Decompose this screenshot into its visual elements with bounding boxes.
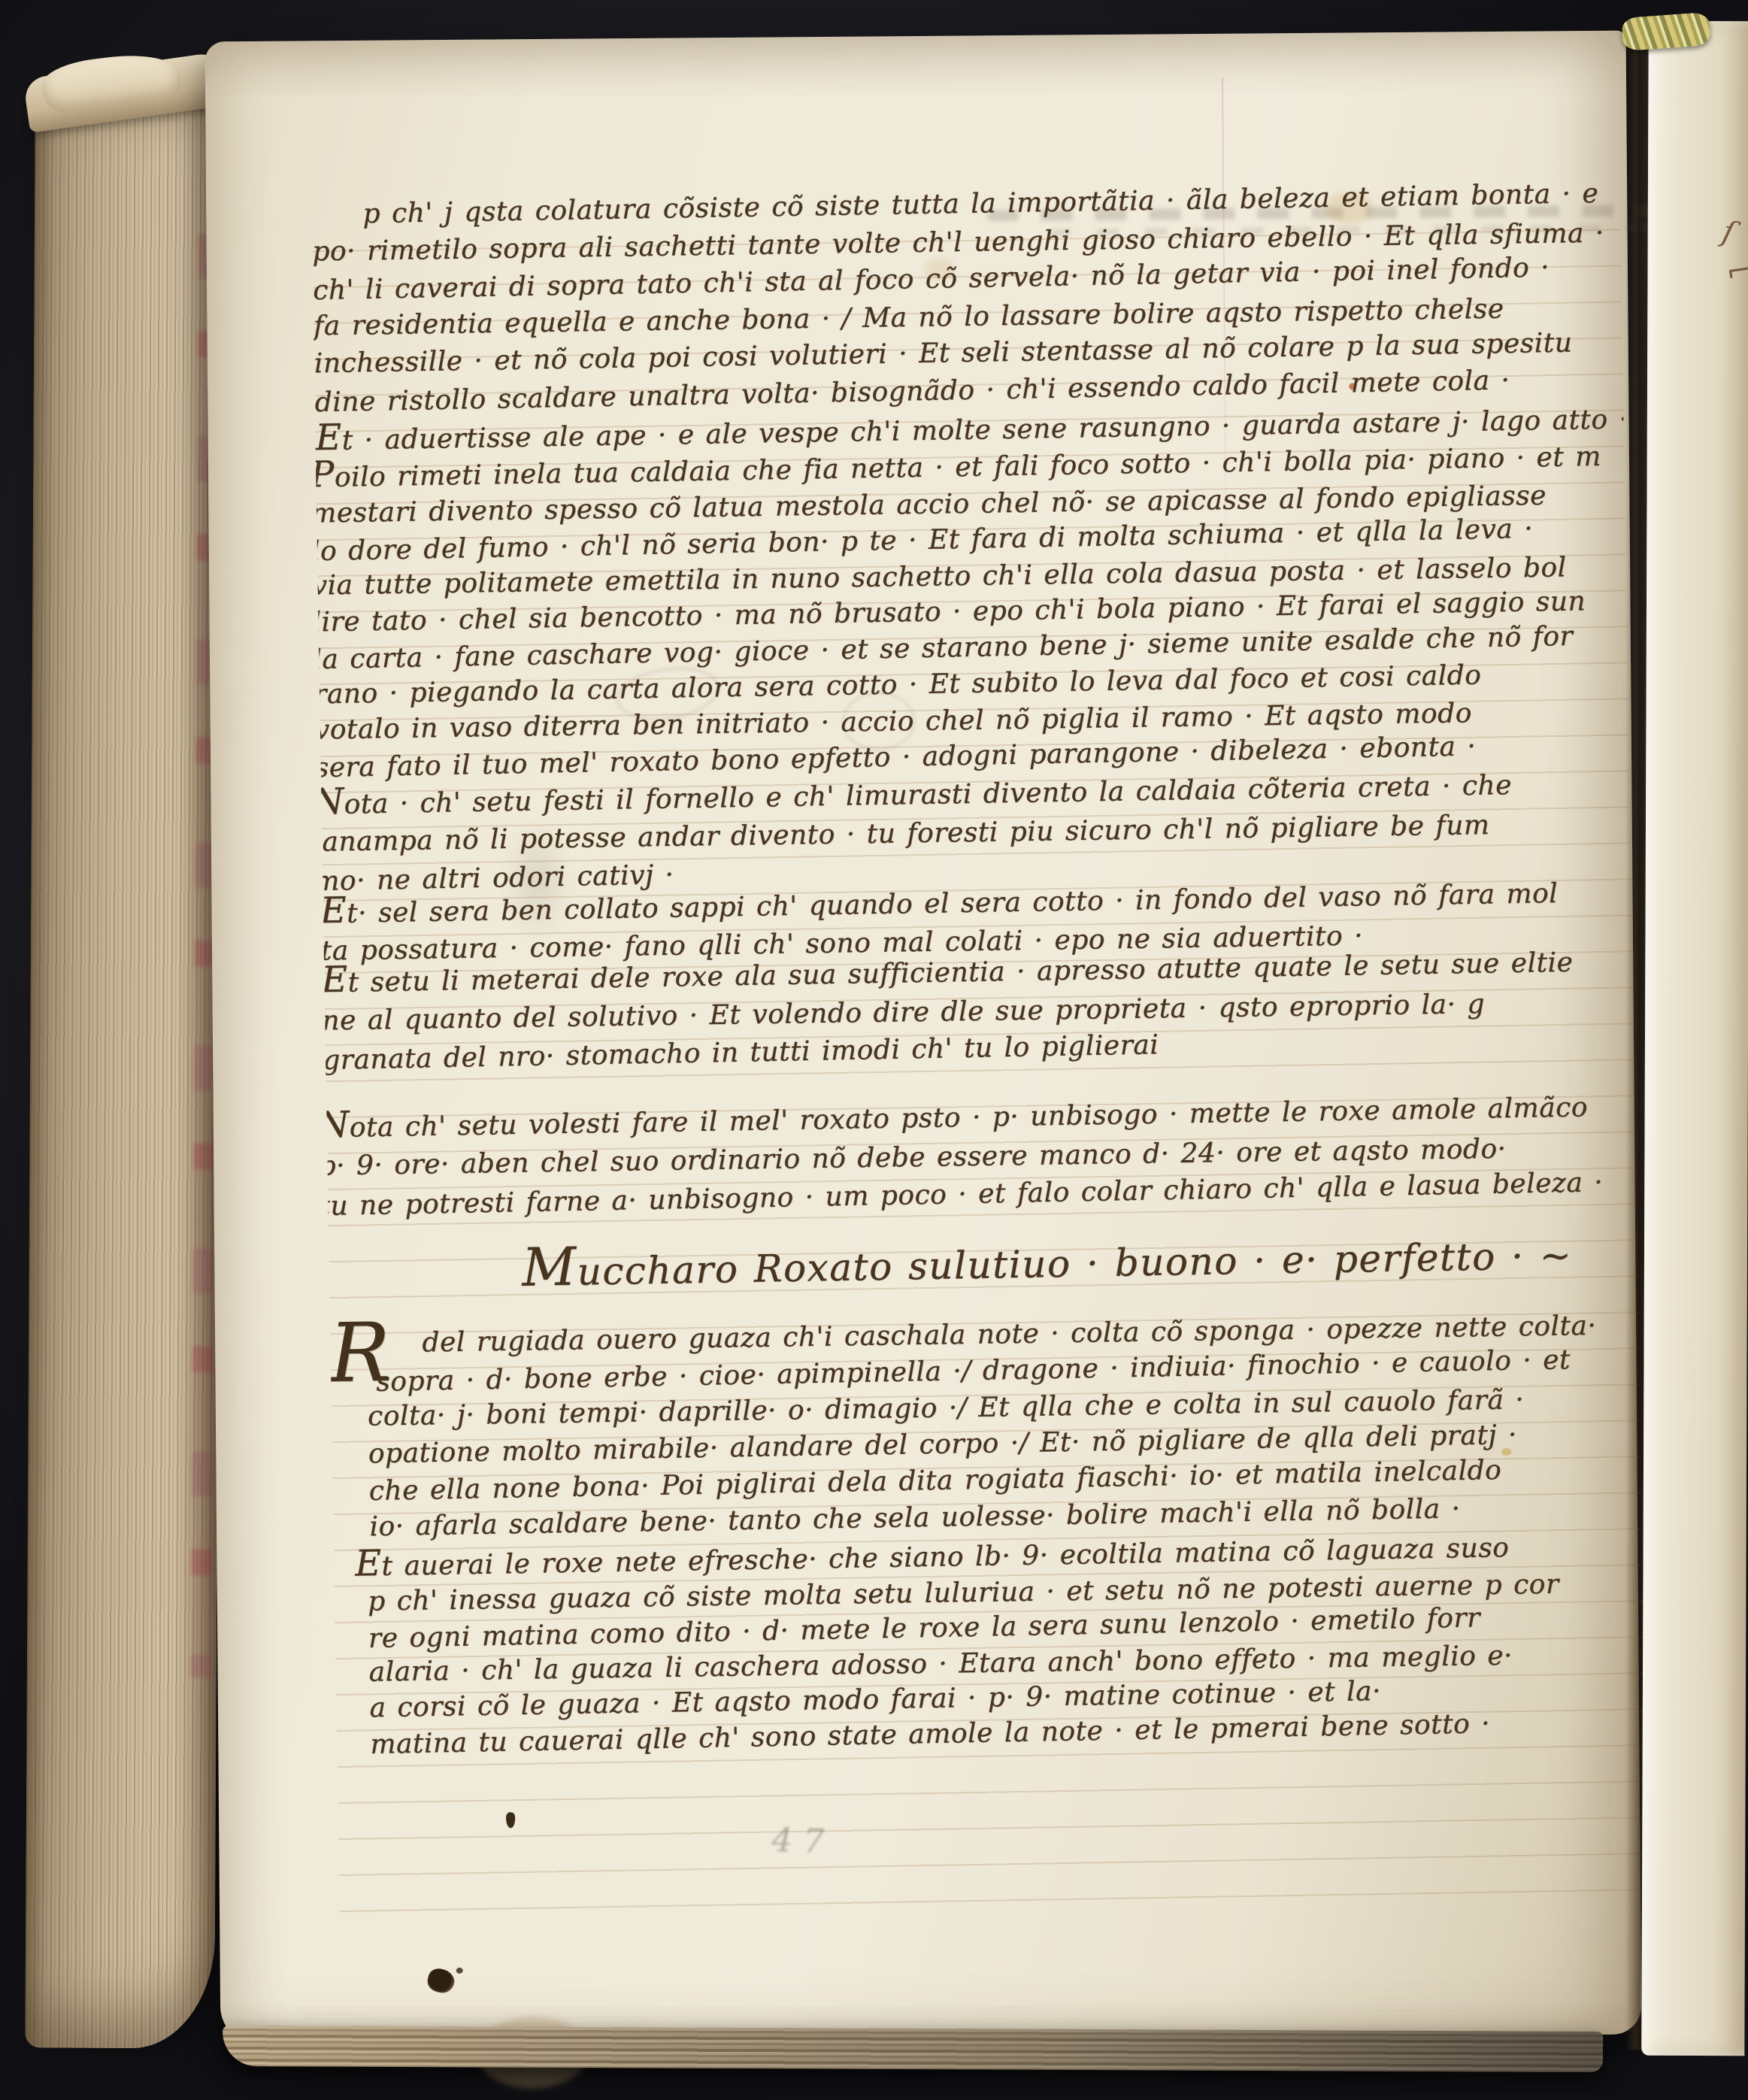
nota-block: Nota ch' setu volesti fare il mel' roxat…: [317, 1085, 1603, 1224]
recipe-block: R del rugiada ouero guaza ch'i caschala …: [338, 1306, 1600, 1546]
paragraph-block: Et setu li meterai dele roxe ala sua suf…: [321, 941, 1574, 1079]
ink-blot-dot: [456, 1968, 463, 1974]
endband: [1622, 12, 1711, 51]
paragraph-block: p ch' j qsta colatura cõsiste cõ siste t…: [311, 174, 1628, 459]
paragraph-block: Et auerai le roxe nete efresche· che sia…: [350, 1526, 1562, 1762]
margin-ink-flourish: ⌐: [1724, 253, 1748, 290]
margin-ink-flourish: ſ: [1719, 214, 1738, 250]
manuscript-photo-scene: p ch' j qsta colatura cõsiste cõ siste t…: [0, 0, 1748, 2100]
facing-page-edge: ſ: [1641, 21, 1748, 2056]
paragraph-block: Poilo rimeti inela tua caldaia che fia n…: [311, 436, 1606, 785]
show-through-mark: 47: [771, 1824, 835, 1859]
bottom-edge-shadow: [223, 2026, 1603, 2072]
manuscript-page: p ch' j qsta colatura cõsiste cõ siste t…: [205, 31, 1642, 2046]
page-stack-fore-edge: [25, 95, 225, 2048]
handwritten-text-area: p ch' j qsta colatura cõsiste cõ siste t…: [311, 174, 1650, 2045]
page-stack-bottom-edge: [223, 2026, 1603, 2072]
